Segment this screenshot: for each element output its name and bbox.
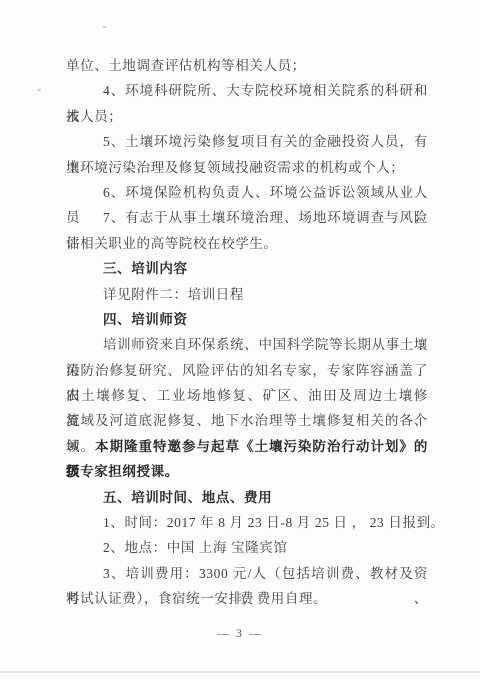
text-run: 单位、土地调查评估机构等相关人员；	[66, 58, 306, 73]
text-line: 田土壤修复、工业场地修复、矿区、油田及周边土壤修复、	[66, 383, 428, 408]
text-line: 7、有志于从事土壤环境治理、场地环境调查与风险评	[66, 205, 428, 230]
bold-text-run: 四、培训师资	[103, 312, 188, 327]
text-line: 流域及河道底泥修复、地下水治理等土壤修复相关的各个领	[66, 408, 428, 433]
text-line: 级专家担纲授课。	[66, 459, 428, 484]
text-line: 1、时间：2017 年 8 月 23 日-8 月 25 日 ， 23 日报到。	[66, 510, 428, 535]
text-line: 4、环境科研院所、大专院校环境相关院系的科研和技	[66, 78, 428, 103]
text-line: 2、地点：中国 上海 宝隆宾馆	[66, 535, 428, 560]
text-run: 壤环境污染治理及修复领域投融资需求的机构或个人；	[66, 160, 404, 175]
text-run: 估相关职业的高等院校在校学生。	[66, 236, 278, 251]
text-line: 术人员；	[66, 104, 428, 129]
scan-speckle	[37, 88, 41, 91]
text-line: 三、培训内容	[66, 256, 428, 281]
bold-text-run: 三、培训内容	[103, 261, 188, 276]
document-page: 单位、土地调查评估机构等相关人员；4、环境科研院所、大专院校环境相关院系的科研和…	[0, 0, 480, 679]
text-run: 详见附件二：培训日程	[103, 287, 244, 302]
text-line: 域。本期隆重特邀参与起草《土壤污染防治行动计划》的顶	[66, 434, 428, 459]
text-line: 5、土壤环境污染修复项目有关的金融投资人员，有土	[66, 129, 428, 154]
text-line: 单位、土地调查评估机构等相关人员；	[66, 53, 428, 78]
text-run: 2、地点：中国 上海 宝隆宾馆	[103, 540, 288, 555]
bold-text-run: 五、培训时间、地点、费用	[103, 490, 272, 505]
text-line: 培训师资来自环保系统、中国科学院等长期从事土壤污	[66, 332, 428, 357]
page-number: — 3 —	[0, 622, 480, 644]
text-line: 详见附件二：培训日程	[66, 282, 428, 307]
text-line: 四、培训师资	[66, 307, 428, 332]
text-line: 6、环境保险机构负责人、环境公益诉讼领域从业人员；	[66, 180, 428, 205]
text-line: 染防治修复研究、风险评估的知名专家，专家阵容涵盖了农	[66, 358, 428, 383]
scan-margin-strip	[0, 673, 480, 679]
text-run: 术人员；	[66, 109, 122, 124]
document-body: 单位、土地调查评估机构等相关人员；4、环境科研院所、大专院校环境相关院系的科研和…	[66, 53, 428, 612]
text-run: 考试认证费），食宿统一安排，费用自理。	[66, 591, 327, 606]
scan-speckle	[103, 26, 106, 28]
text-line: 3、培训费用：3300 元/人（包括培训费、教材及资料费、	[66, 561, 428, 586]
text-run: 域。	[66, 439, 95, 454]
text-run: 1、时间：2017 年 8 月 23 日-8 月 25 日 ， 23 日报到。	[103, 515, 445, 530]
text-line: 估相关职业的高等院校在校学生。	[66, 231, 428, 256]
text-line: 壤环境污染治理及修复领域投融资需求的机构或个人；	[66, 155, 428, 180]
text-line: 五、培训时间、地点、费用	[66, 485, 428, 510]
bold-text-run: 级专家担纲授课。	[66, 464, 179, 479]
